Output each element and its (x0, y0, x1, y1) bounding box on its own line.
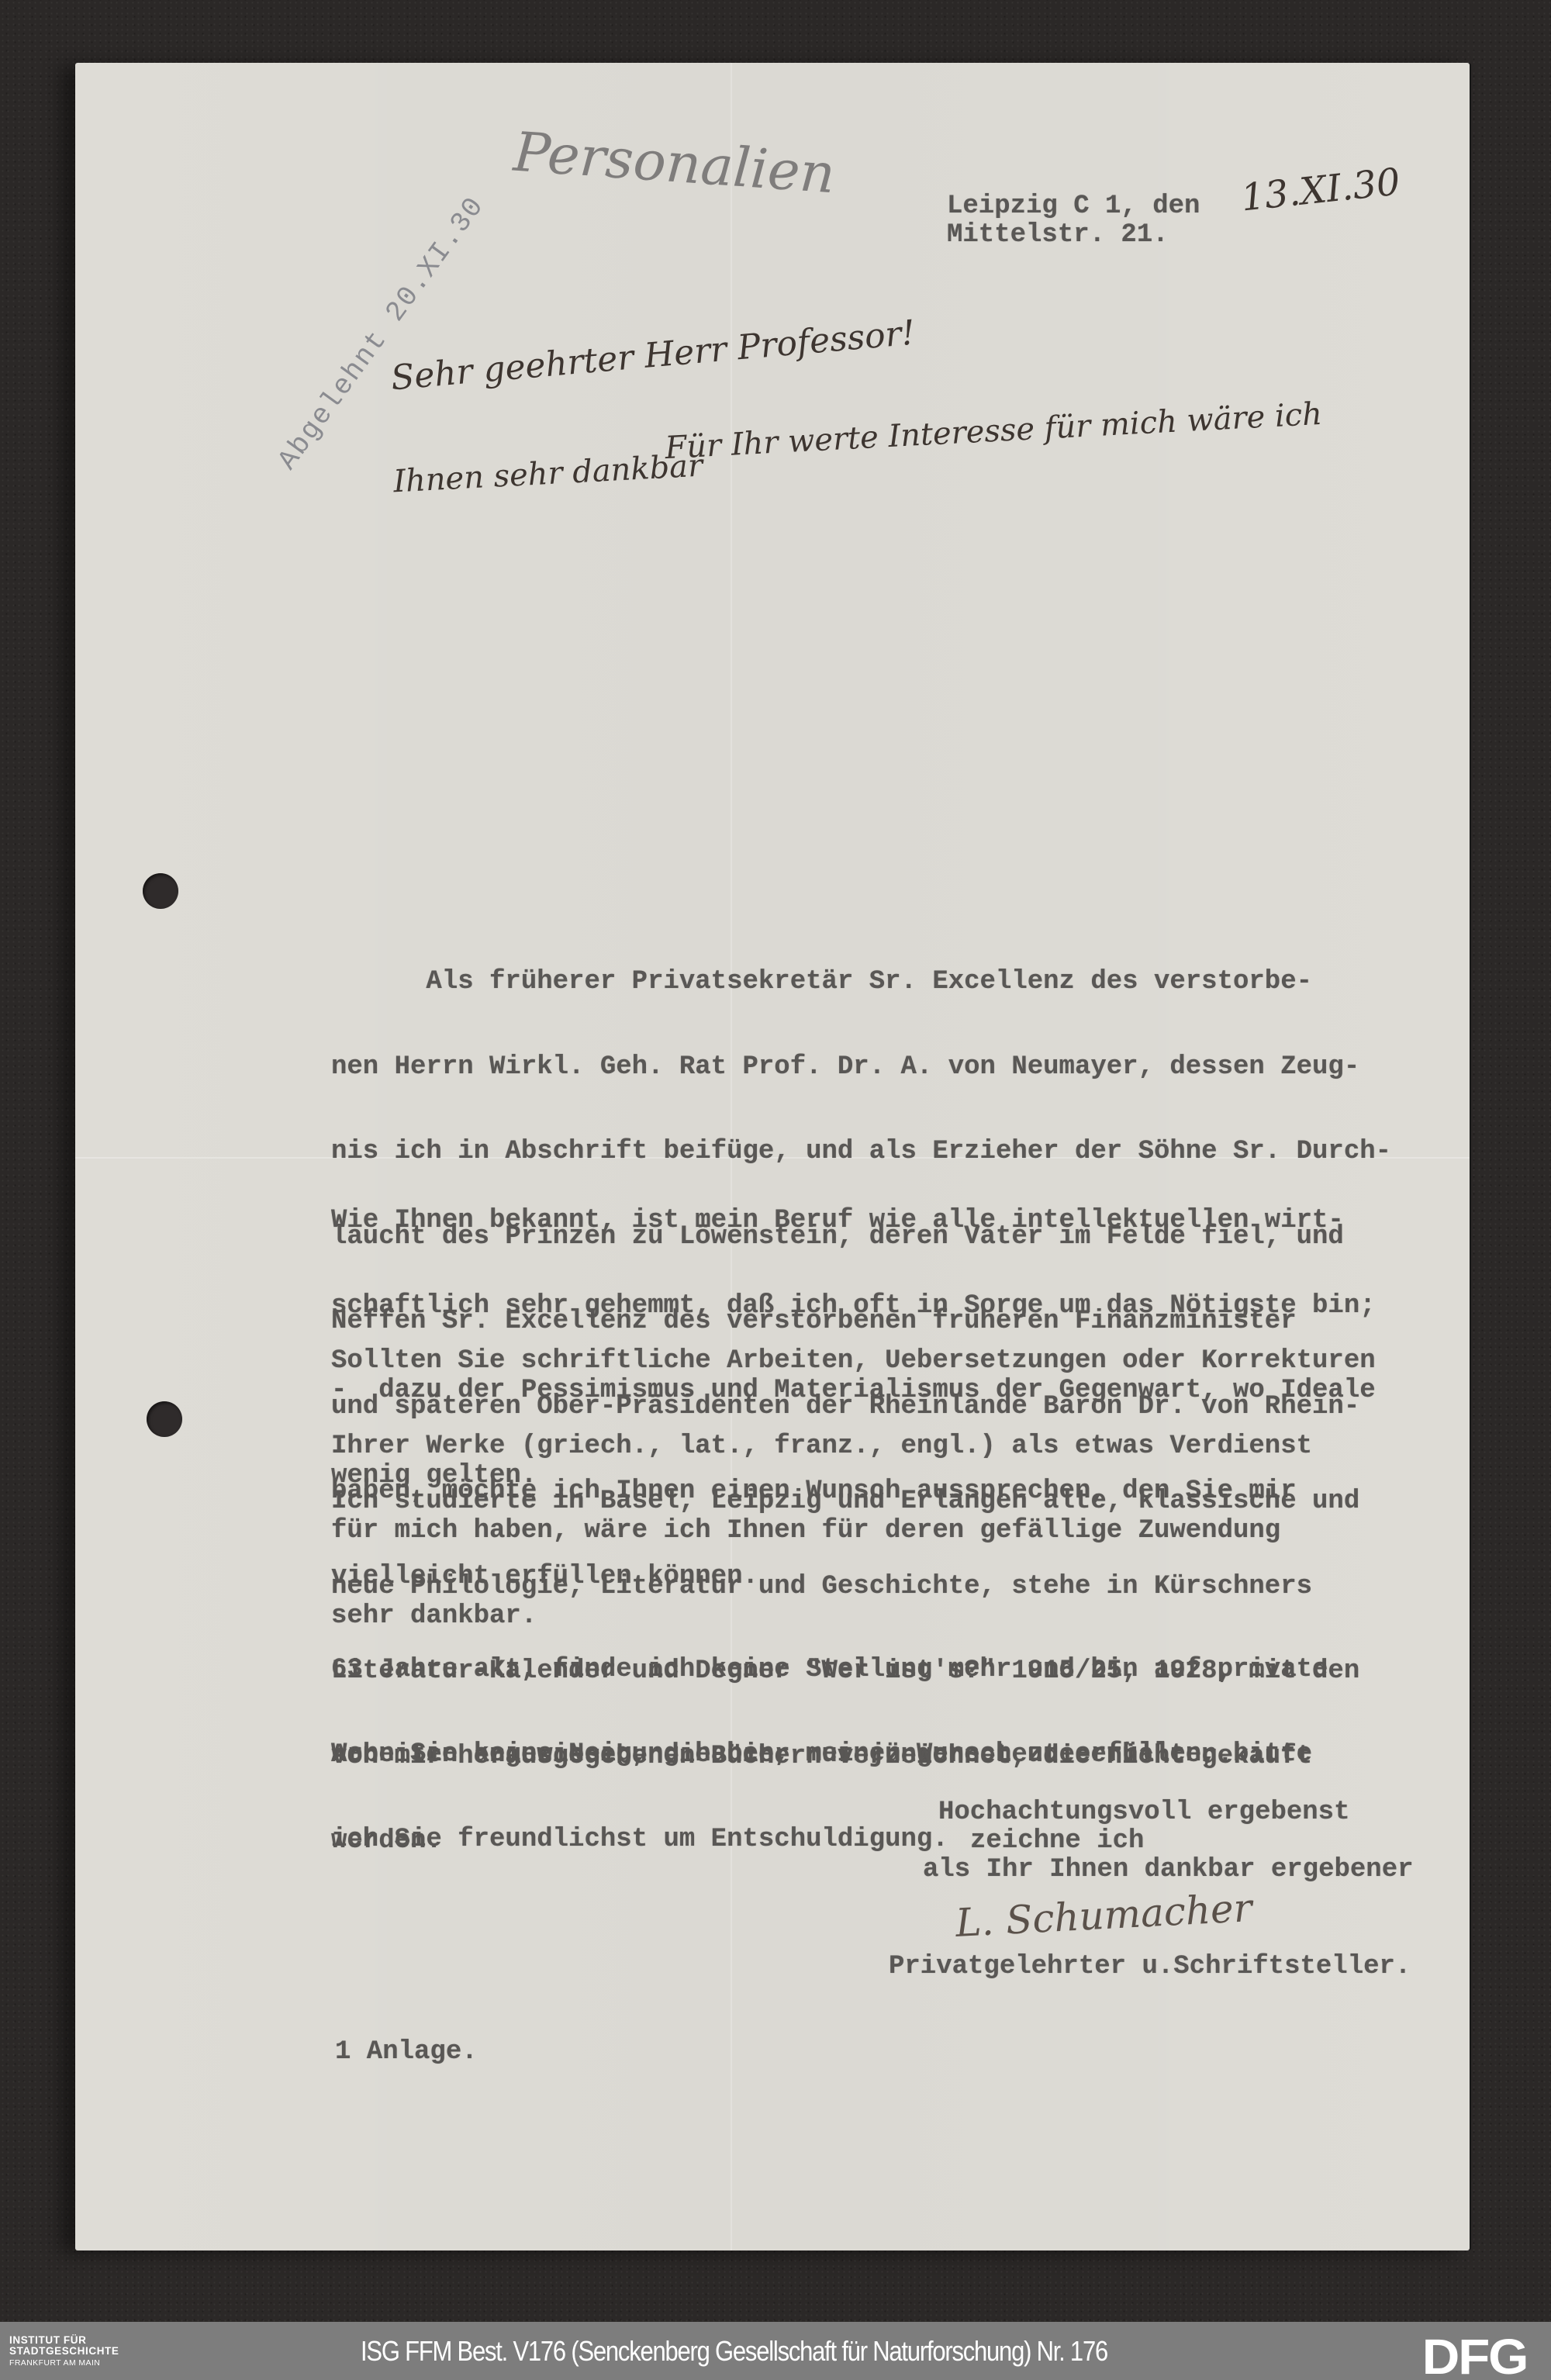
body-line: ich Sie freundlichst um Entschuldigung. (331, 1826, 1312, 1854)
body-line: Wenn Sie keine Neigung haben, meinen Wun… (331, 1740, 1312, 1769)
letter-page: Personalien Leipzig C 1, den Mittelstr. … (75, 63, 1470, 2250)
handwritten-line-1: Für Ihr werte Interesse für mich wäre ic… (664, 396, 1323, 466)
body-line: Als früherer Privatsekretär Sr. Excellen… (331, 968, 1391, 997)
letterhead-address: Mittelstr. 21. (947, 221, 1169, 250)
body-line: 63 Jahre alt, finde ich keine Stellung m… (331, 1656, 1328, 1684)
rejected-stamp: Abgelehnt 20.XI.30 (271, 191, 491, 476)
body-line: nen Herrn Wirkl. Geh. Rat Prof. Dr. A. v… (331, 1053, 1391, 1082)
handwritten-salutation: Sehr geehrter Herr Professor! (389, 313, 917, 399)
dfg-logo: DFG (1422, 2328, 1528, 2380)
institution-line-3: FRANKFURT AM MAIN (9, 2358, 119, 2368)
closing-line-1: Hochachtungsvoll ergebenst (938, 1798, 1350, 1827)
body-line: Sollten Sie schriftliche Arbeiten, Ueber… (331, 1347, 1376, 1376)
body-line: Ich studierte in Basel, Leipzig und Erla… (331, 1487, 1359, 1516)
handwritten-line-2: Ihnen sehr dankbar (392, 448, 703, 500)
punch-hole-top (143, 873, 178, 909)
body-line: neue Philologie, Literatur und Geschicht… (331, 1573, 1359, 1601)
closing-line-3: als Ihr Ihnen dankbar ergebener (923, 1856, 1414, 1884)
closing-line-2: zeichne ich (970, 1827, 1144, 1856)
institution-line-1: INSTITUT FÜR (9, 2335, 119, 2346)
body-line: Wie Ihnen bekannt, ist mein Beruf wie al… (331, 1207, 1376, 1235)
punch-hole-bottom (147, 1401, 182, 1437)
institution-line-2: STADTGESCHICHTE (9, 2346, 119, 2357)
pencil-annotation-personalien: Personalien (512, 120, 838, 206)
letterhead-place: Leipzig C 1, den (947, 192, 1200, 221)
institution-logo: INSTITUT FÜR STADTGESCHICHTE FRANKFURT A… (9, 2335, 119, 2368)
archive-caption: ISG FFM Best. V176 (Senckenberg Gesellsc… (361, 2335, 1107, 2368)
archive-footer-bar: INSTITUT FÜR STADTGESCHICHTE FRANKFURT A… (0, 2322, 1551, 2380)
handwritten-date: 13.XI.30 (1239, 160, 1403, 219)
author-title: Privatgelehrter u.Schriftsteller. (889, 1953, 1411, 1981)
enclosure-note: 1 Anlage. (335, 2038, 478, 2067)
